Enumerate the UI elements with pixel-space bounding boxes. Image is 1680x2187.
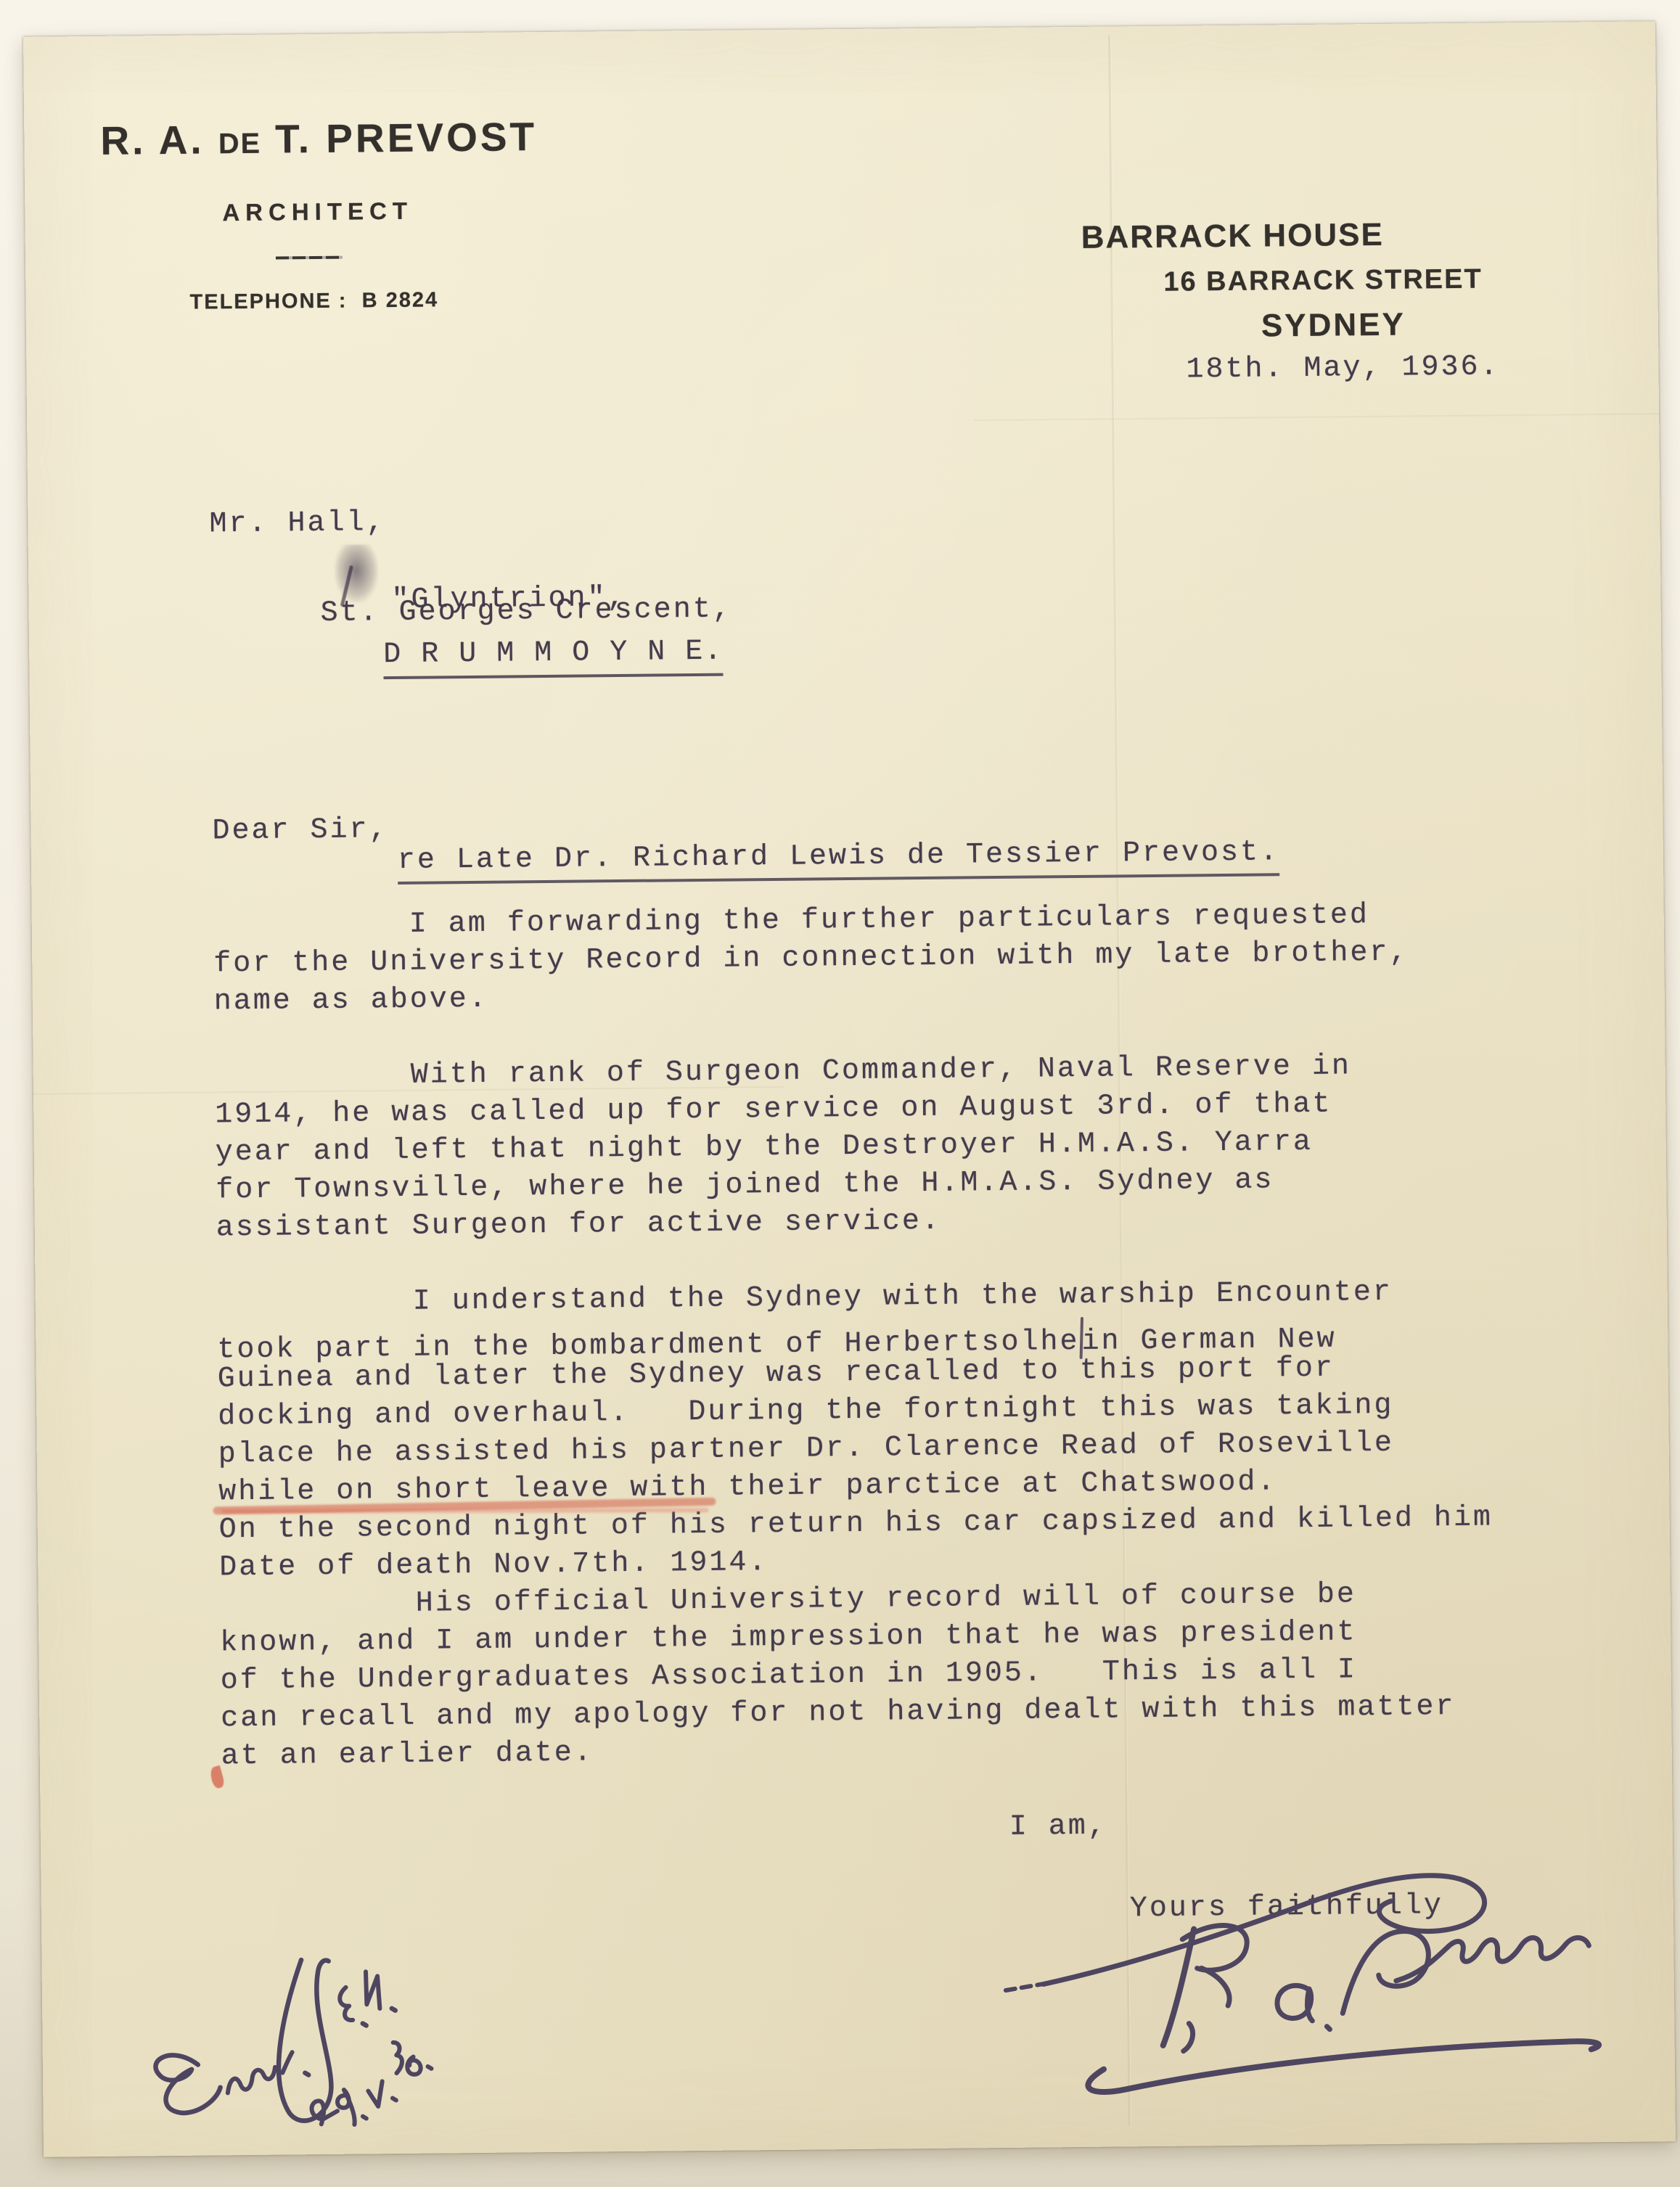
recipient-line4: D R U M M O Y N E. (383, 636, 724, 679)
recipient-line2: "Glyntrion", (274, 549, 628, 716)
crease-line-horizontal (974, 413, 1660, 421)
sender-address-line1: BARRACK HOUSE (1081, 217, 1385, 256)
subject-line: re Late Dr. Richard Lewis de Tessier Pre… (398, 836, 1280, 885)
received-note-handwriting (107, 1956, 457, 2184)
sender-address-line2: 16 BARRACK STREET (1163, 264, 1483, 298)
letterhead-name-de: DE (218, 128, 261, 160)
letterhead-rule (276, 256, 343, 260)
date-line: 18th. May, 1936. (1186, 350, 1499, 386)
recipient-line3: St. Georges Crescent, (320, 594, 732, 630)
paper: R. A. DE T. PREVOST ARCHITECT TELEPHONE … (23, 21, 1676, 2157)
recipient-line1: Mr. Hall, (209, 506, 385, 541)
letterhead-telephone: TELEPHONE : B 2824 (189, 288, 438, 314)
closing-i-am: I am, (1009, 1810, 1107, 1844)
ink-smudge (335, 544, 379, 603)
letterhead-name-surname: T. PREVOST (261, 114, 538, 162)
letterhead-name-initials: R. A. (100, 117, 218, 163)
letterhead-title: ARCHITECT (222, 197, 413, 227)
signature-handwriting (999, 1868, 1654, 2106)
scan-background: R. A. DE T. PREVOST ARCHITECT TELEPHONE … (0, 0, 1680, 2187)
body-text: I am forwarding the further particulars … (213, 898, 1496, 1778)
red-pencil-underline: while on short leave with (218, 1472, 709, 1509)
letterhead-name: R. A. DE T. PREVOST (100, 113, 537, 164)
pen-insertion-mark (1080, 1317, 1083, 1359)
salutation: Dear Sir, (212, 813, 388, 848)
sender-address-line3: SYDNEY (1261, 307, 1406, 345)
